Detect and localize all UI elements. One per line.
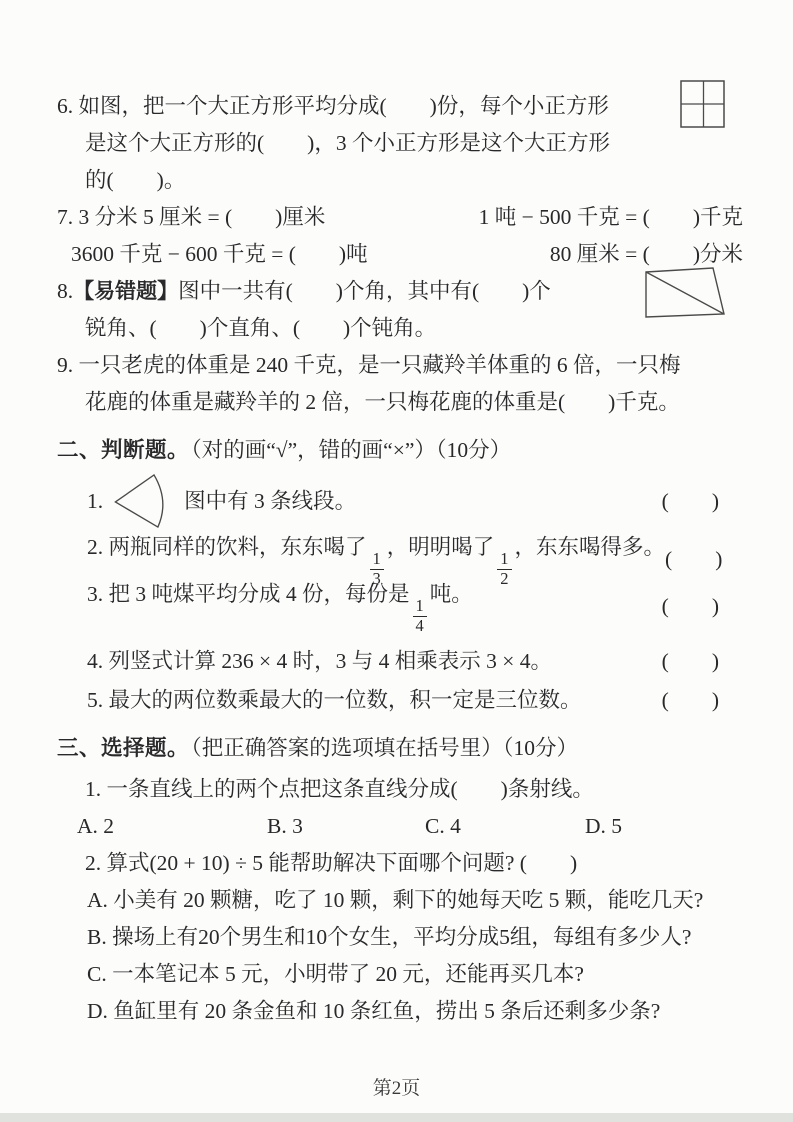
judge-item-1: 1. 图中有 3 条线段。 ( ) [87, 469, 743, 533]
q7-row-2: 3600 千克 − 600 千克 = ( )吨 80 厘米 = ( )分米 [57, 236, 743, 273]
judge-3-text: 3. 把 3 吨煤平均分成 4 份，每份是14吨。 [87, 576, 473, 636]
q8-quadrilateral-figure [645, 267, 725, 319]
choice-question-2: 2. 算式(20 + 10) ÷ 5 能帮助解决下面哪个问题? ( ) A. 小… [57, 845, 743, 1030]
choice-1-text: 1. 一条直线上的两个点把这条直线分成( )条射线。 [57, 771, 743, 808]
judge-1-text: 图中有 3 条线段。 [184, 483, 356, 520]
q6-line-3: 的( )。 [57, 162, 743, 199]
question-6: 6. 如图，把一个大正方形平均分成( )份，每个小正方形 是这个大正方形的( )… [57, 88, 743, 199]
judge-2-text-c: ，东东喝得多。 [515, 535, 666, 559]
q6-square-grid-figure [680, 80, 725, 128]
page-number: 第2页 [0, 1073, 793, 1100]
choice-2-option-b: B. 操场上有20个男生和10个女生，平均分成5组，每组有多少人? [87, 919, 743, 956]
judge-2-answer-bracket: ( ) [665, 541, 722, 578]
choice-2-option-c: C. 一本笔记本 5 元，小明带了 20 元，还能再买几本? [87, 956, 743, 993]
q8-number: 8. [57, 279, 73, 303]
judge-3-text-a: 3. 把 3 吨煤平均分成 4 份，每份是 [87, 582, 410, 606]
q8-text-1: 图中一共有( )个角，其中有( )个 [178, 279, 551, 303]
judge-item-3: 3. 把 3 吨煤平均分成 4 份，每份是14吨。 ( ) [87, 585, 743, 627]
question-8: 8.【易错题】图中一共有( )个角，其中有( )个 锐角、( )个直角、( )个… [57, 273, 743, 347]
choice-2-text: 2. 算式(20 + 10) ÷ 5 能帮助解决下面哪个问题? ( ) [57, 845, 743, 882]
judge-3-text-b: 吨。 [430, 582, 473, 606]
q8-error-prone-tag: 【易错题】 [73, 280, 178, 303]
scan-bottom-edge [0, 1113, 793, 1122]
judge-section-title: 二、判断题。 [57, 438, 189, 462]
judge-item-4: 4. 列竖式计算 236 × 4 时，3 与 4 相乘表示 3 × 4。 ( ) [87, 643, 743, 680]
exam-page: 6. 如图，把一个大正方形平均分成( )份，每个小正方形 是这个大正方形的( )… [0, 0, 793, 1122]
choice-question-1: 1. 一条直线上的两个点把这条直线分成( )条射线。 A. 2 B. 3 C. … [57, 771, 743, 845]
judge-3-fraction-one-quarter: 14 [413, 597, 427, 636]
choice-1-option-d: D. 5 [585, 808, 622, 845]
judge-5-answer-bracket: ( ) [662, 682, 719, 719]
q7-conversion-2: 1 吨 − 500 千克 = ( )千克 [479, 199, 743, 236]
judge-2-fraction-one-half: 12 [497, 550, 511, 589]
choice-1-option-c: C. 4 [425, 808, 585, 845]
q9-line-1: 9. 一只老虎的体重是 240 千克，是一只藏羚羊体重的 6 倍，一只梅 [57, 347, 743, 384]
q7-conversion-3: 3600 千克 − 600 千克 = ( )吨 [71, 236, 368, 273]
choice-2-option-a: A. 小美有 20 颗糖，吃了 10 颗，剩下的她每天吃 5 颗，能吃几天? [87, 882, 743, 919]
judge-1-answer-bracket: ( ) [662, 483, 719, 520]
judge-1-number: 1. [87, 483, 103, 520]
q7-conversion-1: 7. 3 分米 5 厘米 = ( )厘米 [57, 199, 325, 236]
choice-section-heading: 三、选择题。（把正确答案的选项填在括号里）（10分） [57, 729, 743, 767]
judge-2-text-a: 2. 两瓶同样的饮料，东东喝了 [87, 535, 367, 559]
judge-4-text: 4. 列竖式计算 236 × 4 时，3 与 4 相乘表示 3 × 4。 [87, 643, 552, 680]
choice-2-option-d: D. 鱼缸里有 20 条金鱼和 10 条红鱼，捞出 5 条后还剩多少条? [87, 993, 743, 1030]
q8-line-1: 8.【易错题】图中一共有( )个角，其中有( )个 [57, 273, 743, 310]
question-7: 7. 3 分米 5 厘米 = ( )厘米 1 吨 − 500 千克 = ( )千… [57, 199, 743, 273]
choice-1-options: A. 2 B. 3 C. 4 D. 5 [77, 808, 743, 845]
choice-1-option-b: B. 3 [267, 808, 425, 845]
judge-3-answer-bracket: ( ) [662, 588, 719, 625]
choice-section-title: 三、选择题。 [57, 736, 189, 760]
judge-2-text-b: ，明明喝了 [387, 535, 495, 559]
judge-section-heading: 二、判断题。（对的画“√”，错的画“×”）（10分） [57, 431, 743, 469]
q6-line-2: 是这个大正方形的( )，3 个小正方形是这个大正方形 [57, 125, 743, 162]
choice-section-note: （把正确答案的选项填在括号里）（10分） [191, 736, 578, 760]
judge-section-note: （对的画“√”，错的画“×”）（10分） [191, 438, 511, 462]
q8-line-2: 锐角、( )个直角、( )个钝角。 [57, 310, 743, 347]
judge-item-5: 5. 最大的两位数乘最大的一位数，积一定是三位数。 ( ) [87, 682, 743, 719]
judge-1-fan-sector-figure [113, 473, 168, 529]
judge-5-text: 5. 最大的两位数乘最大的一位数，积一定是三位数。 [87, 682, 582, 719]
q9-line-2: 花鹿的体重是藏羚羊的 2 倍，一只梅花鹿的体重是( )千克。 [57, 384, 743, 421]
q7-row-1: 7. 3 分米 5 厘米 = ( )厘米 1 吨 − 500 千克 = ( )千… [57, 199, 743, 236]
judge-4-answer-bracket: ( ) [662, 643, 719, 680]
choice-1-option-a: A. 2 [77, 808, 267, 845]
question-9: 9. 一只老虎的体重是 240 千克，是一只藏羚羊体重的 6 倍，一只梅 花鹿的… [57, 347, 743, 421]
page-content: 6. 如图，把一个大正方形平均分成( )份，每个小正方形 是这个大正方形的( )… [57, 88, 743, 1030]
q6-line-1: 6. 如图，把一个大正方形平均分成( )份，每个小正方形 [57, 88, 743, 125]
